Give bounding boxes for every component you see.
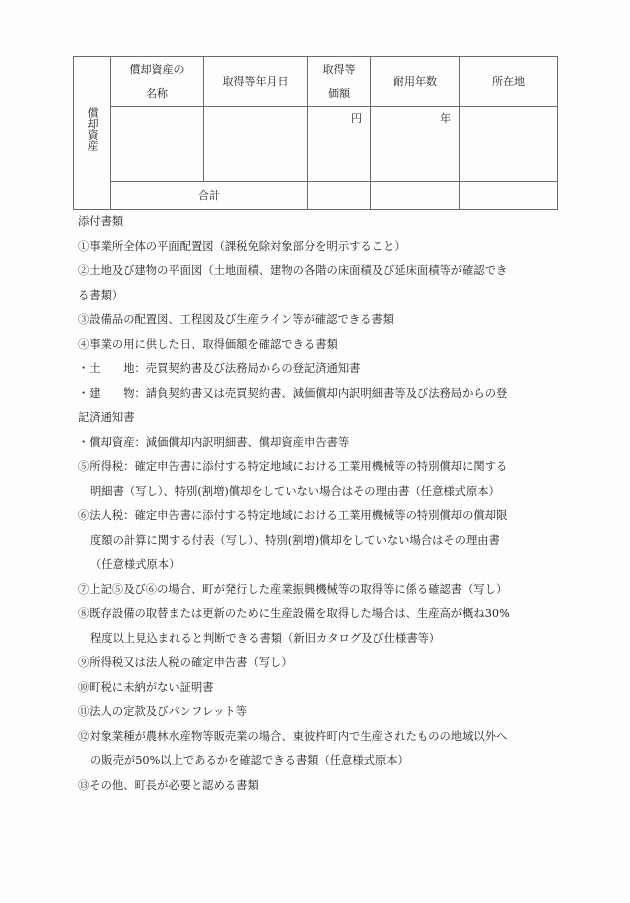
header-price-line1: 取得等 <box>308 58 370 82</box>
header-price-line2: 価額 <box>308 82 370 106</box>
attachment-line: （任意様式原本） <box>78 553 558 578</box>
useful-life-cell[interactable]: 年 <box>371 107 460 182</box>
year-unit: 年 <box>371 107 459 129</box>
attachment-line: の販売が50%以上であるかを確認できる書類（任意様式原本） <box>78 749 558 774</box>
attachment-line: 記済通知書 <box>78 406 558 431</box>
total-location-cell[interactable] <box>460 182 558 210</box>
attachment-line: ⑨所得税又は法人税の確定申告書（写し） <box>78 651 558 676</box>
header-asset-name-line1: 償却資産の <box>111 58 203 82</box>
header-asset-name-line2: 名称 <box>111 82 203 106</box>
attachment-line: ・建 物：請負契約書又は売買契約書、減価償却内訳明細書等及び法務局からの登 <box>78 382 558 407</box>
attachment-line: ⑪法人の定款及びパンフレット等 <box>78 700 558 725</box>
row-label: 償却資産 <box>85 107 99 151</box>
total-price-cell[interactable] <box>308 182 371 210</box>
attachment-line: ③設備品の配置図、工程図及び生産ライン等が確認できる書類 <box>78 308 558 333</box>
acquisition-price-cell[interactable]: 円 <box>308 107 371 182</box>
attachment-line: ・土 地：売買契約書及び法務局からの登記済通知書 <box>78 357 558 382</box>
header-acquisition-price: 取得等 価額 <box>308 57 371 107</box>
table-row: 円 年 <box>74 107 558 182</box>
attachment-line: 度額の計算に関する付表（写し）、特別(割増)償却をしていない場合はその理由書 <box>78 529 558 554</box>
attachments-section: 添付書類 ①事業所全体の平面配置図（課税免除対象部分を明示すること） ②土地及び… <box>78 210 558 798</box>
table-header-row: 償却資産 償却資産の 名称 取得等年月日 取得等 価額 耐用年数 所在地 <box>74 57 558 107</box>
attachment-line: ①事業所全体の平面配置図（課税免除対象部分を明示すること） <box>78 235 558 260</box>
attachment-line: ⑫対象業種が農林水産物等販売業の場合、東彼杵町内で生産されたものの地域以外へ <box>78 725 558 750</box>
header-asset-name: 償却資産の 名称 <box>111 57 204 107</box>
total-useful-life-cell[interactable] <box>371 182 460 210</box>
yen-unit: 円 <box>308 107 370 129</box>
attachment-line: 程度以上見込まれると判断できる書類（新旧カタログ及び仕様書等） <box>78 627 558 652</box>
attachment-line: ⑬その他、町長が必要と認める書類 <box>78 774 558 799</box>
attachment-line: ⑦上記⑤及び⑥の場合、町が発行した産業振興機械等の取得等に係る確認書（写し） <box>78 578 558 603</box>
header-location: 所在地 <box>460 57 558 107</box>
asset-name-cell[interactable] <box>111 107 204 182</box>
attachment-line: ⑩町税に未納がない証明書 <box>78 676 558 701</box>
total-row: 合計 <box>74 182 558 210</box>
depreciable-assets-table: 償却資産 償却資産の 名称 取得等年月日 取得等 価額 耐用年数 所在地 円 年… <box>73 56 558 210</box>
acquired-date-cell[interactable] <box>204 107 308 182</box>
attachment-line: ④事業の用に供した日、取得価額を確認できる書類 <box>78 333 558 358</box>
header-acquired-date: 取得等年月日 <box>204 57 308 107</box>
attachment-line: 明細書（写し）、特別(割増)償却をしていない場合はその理由書（任意様式原本） <box>78 480 558 505</box>
attachment-line: ②土地及び建物の平面図（土地面積、建物の各階の床面積及び延床面積等が確認でき <box>78 259 558 284</box>
total-label: 合計 <box>111 182 308 210</box>
header-useful-life: 耐用年数 <box>371 57 460 107</box>
row-label-cell: 償却資産 <box>74 57 111 210</box>
attachment-line: ⑤所得税：確定申告書に添付する特定地域における工業用機械等の特別償却に関する <box>78 455 558 480</box>
attachment-line: る書類） <box>78 284 558 309</box>
attachment-line: ・償却資産：減価償却内訳明細書、償却資産申告書等 <box>78 431 558 456</box>
attachment-line: ⑥法人税：確定申告書に添付する特定地域における工業用機械等の特別償却の償却限 <box>78 504 558 529</box>
attachment-line: ⑧既存設備の取替または更新のために生産設備を取得した場合は、生産高が概ね30% <box>78 602 558 627</box>
location-cell[interactable] <box>460 107 558 182</box>
attachments-title: 添付書類 <box>78 210 558 235</box>
